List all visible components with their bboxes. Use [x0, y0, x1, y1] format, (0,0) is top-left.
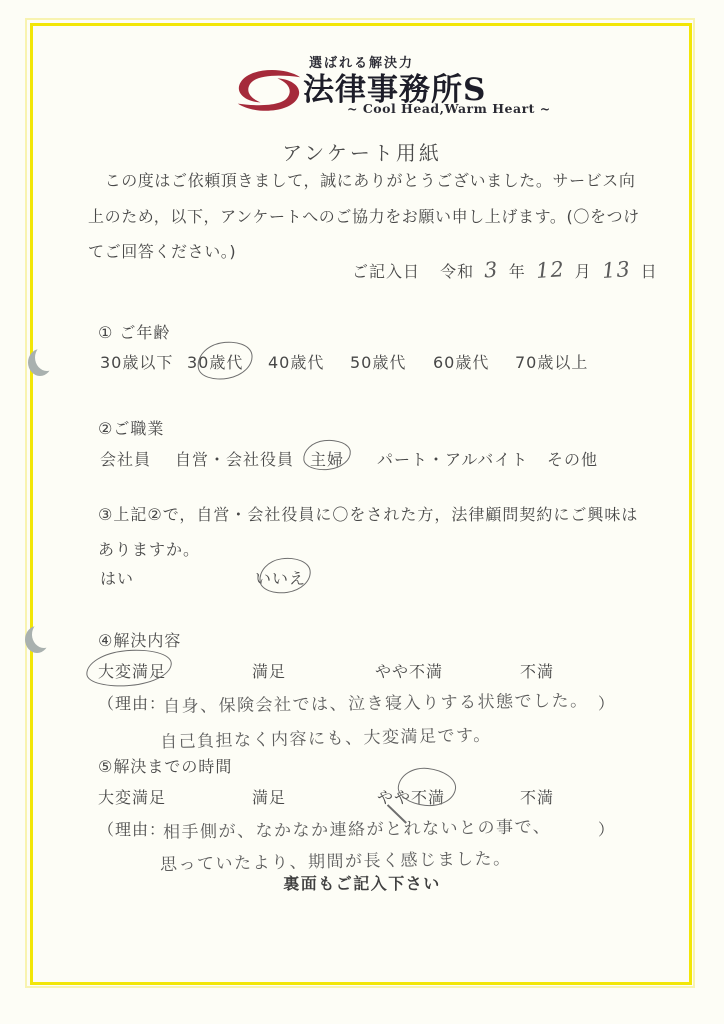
law-office-s-swirl-logo-icon	[233, 62, 305, 120]
q5-option-very-satisfied: 大変満足	[98, 785, 166, 808]
intro-line-3: てご回答ください。)	[88, 239, 236, 262]
handwritten-month-value: 12	[531, 257, 569, 284]
q4-reason-prefix: （理由：	[98, 691, 166, 714]
q3-heading-line-1: ③上記②で，自営・会社役員に〇をされた方，法律顧問契約にご興味は	[98, 502, 638, 525]
q5-reason-prefix: （理由：	[98, 817, 166, 840]
q3-option-no: いいえ	[255, 566, 306, 589]
q2-heading: ②ご職業	[98, 416, 164, 439]
q2-option-self-employed: 自営・会社役員	[175, 447, 294, 470]
q2-option-other: その他	[547, 447, 598, 470]
date-label: ご記入日	[352, 262, 420, 281]
q4-option-somewhat-dissatisfied: やや不満	[375, 659, 443, 682]
q3-heading-line-2: ありますか。	[98, 537, 200, 560]
q5-reason-close-paren: ）	[598, 817, 615, 840]
q5-option-satisfied: 満足	[252, 785, 286, 808]
intro-line-1: この度はご依頼頂きまして，誠にありがとうございました。サービス向	[88, 168, 635, 191]
q1-option-50s: 50歳代	[350, 350, 406, 373]
date-month-unit: 月	[575, 262, 592, 281]
q5-heading: ⑤解決までの時間	[98, 754, 232, 777]
handwritten-day-value: 13	[597, 257, 635, 284]
q2-option-part-time: パート・アルバイト	[377, 447, 528, 470]
date-era: 令和	[440, 262, 474, 281]
q3-option-yes: はい	[100, 566, 134, 589]
fill-in-date-row: ご記入日 令和 3 年 12 月 13 日	[352, 258, 658, 282]
handwritten-year-value: 3	[479, 257, 503, 283]
punch-hole-mark	[25, 626, 49, 653]
date-day-unit: 日	[641, 262, 658, 281]
q1-option-40s: 40歳代	[268, 350, 324, 373]
date-year-unit: 年	[509, 262, 526, 281]
q4-option-very-satisfied: 大変満足	[98, 659, 166, 682]
punch-hole-highlight	[32, 621, 56, 648]
q4-option-satisfied: 満足	[252, 659, 286, 682]
q5-option-dissatisfied: 不満	[520, 785, 554, 808]
q5-option-somewhat-dissatisfied: やや不満	[377, 785, 445, 808]
q1-option-60s: 60歳代	[433, 350, 489, 373]
q4-option-dissatisfied: 不満	[520, 659, 554, 682]
q1-heading: ① ご年齢	[98, 320, 170, 343]
q5-handwritten-reason-line-1: 相手側が、なかなか連絡がとれないとの事で、	[163, 812, 551, 842]
form-title: アンケート用紙	[0, 137, 724, 166]
q4-handwritten-reason-line-1: 自身、保険会社では、泣き寝入りする状態でした。	[163, 686, 589, 717]
q2-option-housewife: 主婦	[310, 447, 344, 470]
punch-hole-highlight	[35, 344, 59, 371]
q1-option-30s: 30歳代	[187, 350, 243, 373]
intro-line-2: 上のため，以下，アンケートへのご協力をお願い申し上げます。(〇をつけ	[88, 204, 640, 227]
reverse-side-note: 裏面もご記入下さい	[0, 871, 724, 894]
punch-hole-mark	[28, 349, 52, 376]
q1-option-under30: 30歳以下	[100, 350, 173, 373]
q1-option-over70: 70歳以上	[515, 350, 588, 373]
q4-handwritten-reason-line-2: 自己負担なく内容にも、大変満足です。	[160, 721, 492, 753]
q4-reason-close-paren: ）	[598, 691, 615, 714]
survey-sheet-page: 選ばれる解決力 法律事務所S ~ Cool Head,Warm Heart ~ …	[0, 0, 724, 1024]
q2-option-company-employee: 会社員	[100, 447, 151, 470]
logo-motto: ~ Cool Head,Warm Heart ~	[347, 101, 551, 116]
q4-heading: ④解決内容	[98, 628, 181, 651]
